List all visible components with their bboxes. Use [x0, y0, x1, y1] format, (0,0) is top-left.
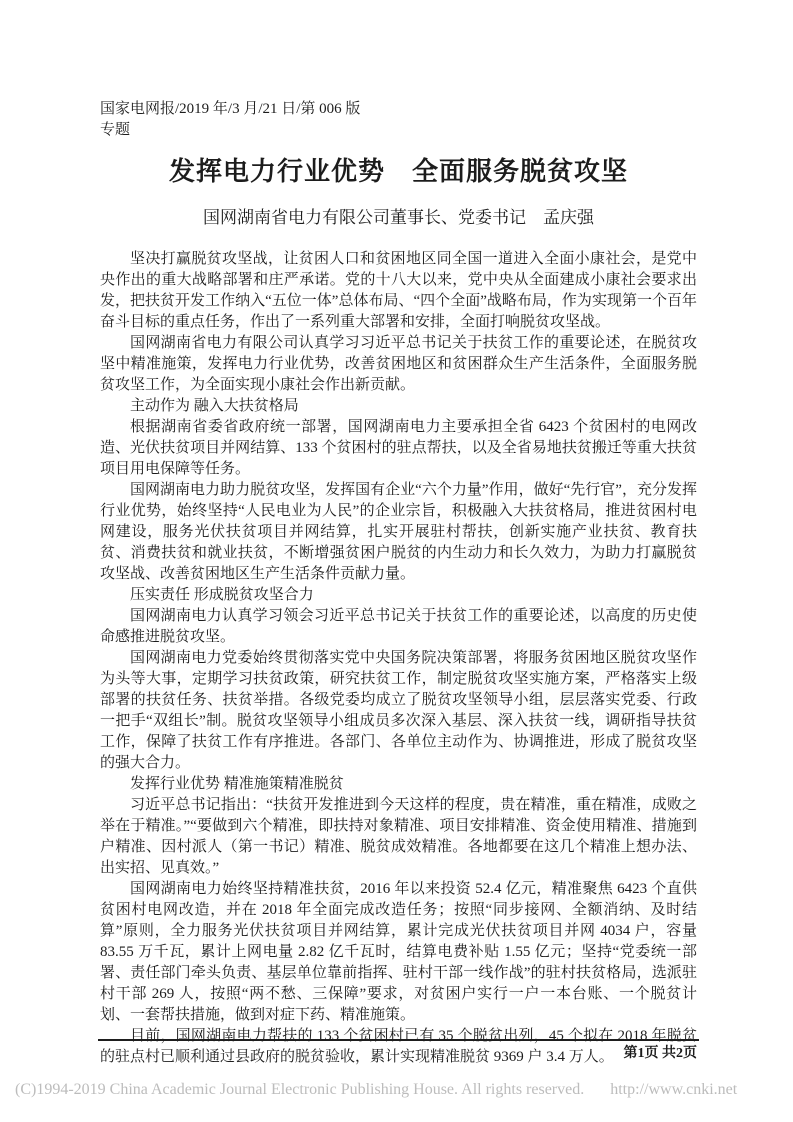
article-body: 坚决打赢脱贫攻坚战，让贫困人口和贫困地区同全国一道进入全面小康社会，是党中央作出…	[100, 249, 697, 1068]
section-heading: 压实责任 形成脱贫攻坚合力	[100, 585, 697, 606]
section-heading: 主动作为 融入大扶贫格局	[100, 396, 697, 417]
document-page: 国家电网报/2019 年/3 月/21 日/第 006 版 专题 发挥电力行业优…	[0, 0, 793, 1122]
copyright-notice: (C)1994-2019 China Academic Journal Elec…	[15, 1080, 737, 1099]
paragraph: 国网湖南电力助力脱贫攻坚，发挥国有企业“六个力量”作用，做好“先行官”，充分发挥…	[100, 480, 697, 585]
paragraph: 国网湖南电力党委始终贯彻落实党中央国务院决策部署，将服务贫困地区脱贫攻坚作为头等…	[100, 648, 697, 774]
page-indicator: 第1页 共2页	[624, 1045, 698, 1062]
article-byline: 国网湖南省电力有限公司董事长、党委书记 孟庆强	[100, 208, 697, 227]
paragraph: 国网湖南省电力有限公司认真学习习近平总书记关于扶贫工作的重要论述，在脱贫攻坚中精…	[100, 333, 697, 396]
section-label: 专题	[100, 120, 697, 141]
paragraph: 国网湖南电力认真学习领会习近平总书记关于扶贫工作的重要论述，以高度的历史使命感推…	[100, 606, 697, 648]
copyright-text: (C)1994-2019 China Academic Journal Elec…	[15, 1081, 584, 1098]
source-line: 国家电网报/2019 年/3 月/21 日/第 006 版	[100, 99, 697, 120]
article-title: 发挥电力行业优势 全面服务脱贫攻坚	[100, 156, 697, 187]
paragraph: 坚决打赢脱贫攻坚战，让贫困人口和贫困地区同全国一道进入全面小康社会，是党中央作出…	[100, 249, 697, 333]
section-heading: 发挥行业优势 精准施策精准脱贫	[100, 774, 697, 795]
document-header: 国家电网报/2019 年/3 月/21 日/第 006 版 专题	[100, 99, 697, 141]
paragraph: 目前，国网湖南电力帮扶的 133 个贫困村已有 35 个脱贫出列，45 个拟在 …	[100, 1026, 697, 1068]
copyright-url: http://www.cnki.net	[610, 1081, 737, 1098]
paragraph: 根据湖南省委省政府统一部署，国网湖南电力主要承担全省 6423 个贫困村的电网改…	[100, 417, 697, 480]
footer-divider	[98, 1039, 699, 1041]
paragraph: 习近平总书记指出：“扶贫开发推进到今天这样的程度，贵在精准，重在精准，成败之举在…	[100, 795, 697, 879]
paragraph: 国网湖南电力始终坚持精准扶贫，2016 年以来投资 52.4 亿元，精准聚焦 6…	[100, 879, 697, 1026]
